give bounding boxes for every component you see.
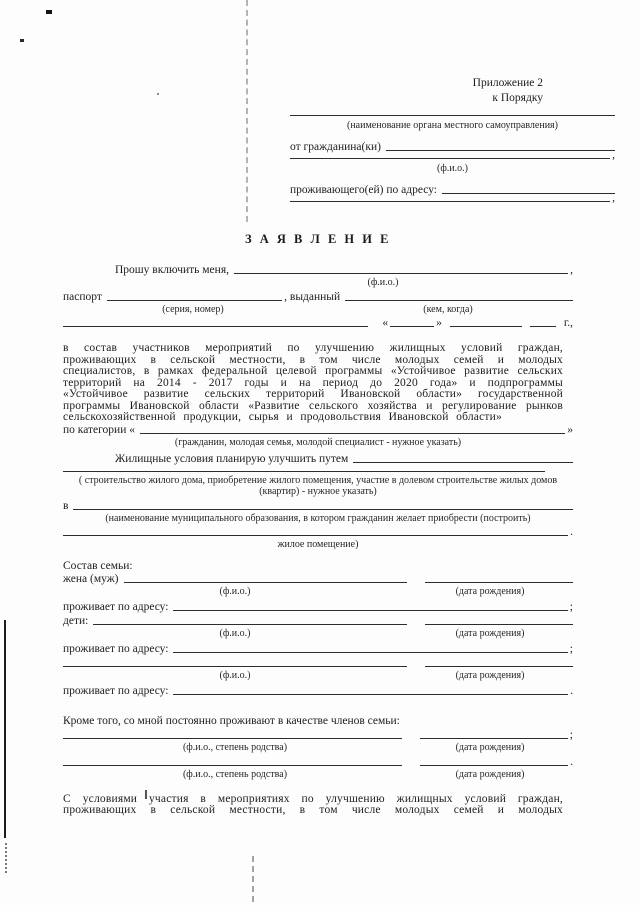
quote-open: « (380, 317, 390, 330)
comma: , (610, 149, 615, 162)
year-blank-line (530, 326, 556, 327)
quote-close: » (565, 424, 573, 437)
period: . (568, 685, 573, 698)
children-hints: (ф.и.о.) (дата рождения) (63, 628, 573, 640)
scan-artifact-left-dotted-line (5, 843, 7, 873)
child2-address-blank-line (173, 694, 568, 695)
quote-close: » (434, 317, 444, 330)
day-blank-line (390, 326, 434, 327)
child2-field (63, 656, 573, 670)
request-intro-field: Прошу включить меня, , (63, 263, 573, 277)
spouse-hints: (ф.и.о.) (дата рождения) (63, 586, 573, 598)
document-title: З А Я В Л Е Н И Е (63, 232, 573, 247)
member2-dob-hint: (дата рождения) (407, 769, 573, 781)
issue-date-field: « » г., (63, 316, 573, 330)
child2-address-field: проживает по адресу: . (63, 682, 573, 698)
applicant-fio-hint: (ф.и.о.) (63, 277, 573, 289)
children-label: дети: (63, 615, 93, 628)
residence-address-field: проживающего(ей) по адресу: (290, 175, 615, 197)
passport-issuer-blank-line (345, 300, 573, 301)
member1-field: ; (63, 728, 573, 742)
child-dob-blank-line (425, 624, 573, 625)
child2-dob-blank-line (425, 666, 573, 667)
org-name-field (290, 106, 615, 119)
spouse-dob-hint: (дата рождения) (407, 586, 573, 598)
child-dob-hint: (дата рождения) (407, 628, 573, 640)
org-name-blank-line (290, 115, 615, 116)
child2-address-label: проживает по адресу: (63, 685, 173, 698)
passport-hints: (серия, номер) (кем, когда) (63, 304, 573, 316)
year-suffix: г., (556, 317, 573, 330)
scan-artifact-speck (20, 39, 24, 42)
member2-dob-blank-line (420, 765, 568, 766)
citizen-name-blank-line2 (290, 158, 610, 159)
appendix-line2: к Порядку (63, 91, 543, 106)
children-field: дети: (63, 614, 573, 628)
request-intro-label: Прошу включить меня, (115, 264, 234, 277)
period: . (568, 526, 573, 539)
category-hint: (гражданин, молодая семья, молодой специ… (63, 437, 573, 449)
passport-label: паспорт (63, 291, 107, 304)
period: . (568, 756, 573, 769)
residence-address-blank-line (442, 193, 615, 194)
child2-name-blank-line (63, 666, 407, 667)
from-citizen-field: от гражданина(ки) (290, 132, 615, 154)
child2-dob-hint: (дата рождения) (407, 670, 573, 682)
child2-fio-hint: (ф.и.о.) (63, 670, 407, 682)
municipality-in-label: в (63, 500, 73, 513)
org-name-hint: (наименование органа местного самоуправл… (290, 120, 615, 132)
category-field: по категории « » (63, 424, 573, 437)
housing-method-field-continued (63, 466, 573, 475)
members-intro: Кроме того, со мной постоянно проживают … (63, 715, 573, 728)
passport-series-hint: (серия, номер) (63, 304, 323, 316)
scan-artifact-speck (46, 10, 52, 14)
issuer-continued-blank-line (63, 326, 368, 327)
member2-relation-hint: (ф.и.о., степень родства) (63, 769, 407, 781)
member1-hints: (ф.и.о., степень родства) (дата рождения… (63, 742, 573, 754)
scan-artifact-fold-line-bottom (252, 856, 254, 902)
member2-field: . (63, 755, 573, 769)
housing-method-blank-line2 (63, 471, 545, 472)
appendix-reference: Приложение 2 к Порядку (63, 0, 573, 106)
housing-method-label: Жилищные условия планирую улучшить путем (63, 453, 353, 466)
housing-method-hint: ( строительство жилого дома, приобретени… (63, 475, 573, 498)
addressee-block: (наименование органа местного самоуправл… (290, 106, 615, 205)
child-address-label: проживает по адресу: (63, 643, 173, 656)
municipality-field-continued: . (63, 525, 573, 539)
municipality-blank-line (73, 509, 573, 510)
housing-method-blank-line (353, 462, 573, 463)
housing-method-field: Жилищные условия планирую улучшить путем (63, 452, 573, 466)
residence-address-label: проживающего(ей) по адресу: (290, 184, 442, 197)
closing-paragraph: С условиями участия в мероприятиях по ул… (63, 794, 573, 817)
citizen-name-field-continued: , (290, 154, 615, 162)
child-address-field: проживает по адресу: ; (63, 640, 573, 656)
child-address-blank-line (173, 652, 567, 653)
fio-hint: (ф.и.о.) (290, 163, 615, 175)
passport-field: паспорт , выданный (63, 289, 573, 304)
spouse-name-blank-line (124, 582, 407, 583)
member2-name-blank-line (63, 765, 402, 766)
month-blank-line (450, 326, 522, 327)
municipality-blank-line2 (63, 535, 568, 536)
residence-address-blank-line2 (290, 201, 610, 202)
municipality-field: в (63, 498, 573, 513)
family-header: Состав семьи: (63, 560, 573, 573)
municipality-hint2: жилое помещение) (63, 539, 573, 551)
residence-address-field-continued: , (290, 197, 615, 205)
document-content: Приложение 2 к Порядку (наименование орг… (63, 0, 573, 817)
semicolon: ; (568, 601, 573, 614)
from-citizen-label: от гражданина(ки) (290, 141, 386, 154)
spouse-address-label: проживает по адресу: (63, 601, 173, 614)
spouse-fio-hint: (ф.и.о.) (63, 586, 407, 598)
spouse-address-field: проживает по адресу: ; (63, 598, 573, 614)
comma: , (568, 264, 573, 277)
semicolon: ; (568, 729, 573, 742)
citizen-name-blank-line (386, 150, 615, 151)
member1-name-blank-line (63, 738, 402, 739)
category-blank-line (140, 433, 565, 434)
member1-dob-hint: (дата рождения) (407, 742, 573, 754)
spouse-address-blank-line (173, 610, 567, 611)
spouse-field: жена (муж) (63, 573, 573, 586)
scanned-application-form: Приложение 2 к Порядку (наименование орг… (0, 0, 640, 905)
member2-hints: (ф.и.о., степень родства) (дата рождения… (63, 769, 573, 781)
child-name-blank-line (93, 624, 407, 625)
passport-number-blank-line (107, 300, 282, 301)
issued-by-label: , выданный (282, 291, 345, 304)
municipality-hint: (наименование муниципального образования… (63, 513, 573, 525)
appendix-line1: Приложение 2 (63, 76, 543, 91)
member1-dob-blank-line (420, 738, 568, 739)
spouse-dob-blank-line (425, 582, 573, 583)
semicolon: ; (568, 643, 573, 656)
comma: , (610, 192, 615, 205)
member1-relation-hint: (ф.и.о., степень родства) (63, 742, 407, 754)
child-fio-hint: (ф.и.о.) (63, 628, 407, 640)
category-label: по категории « (63, 424, 140, 437)
child2-hints: (ф.и.о.) (дата рождения) (63, 670, 573, 682)
program-paragraph: в состав участников мероприятий по улучш… (63, 343, 573, 424)
scan-artifact-left-edge-line (4, 620, 6, 838)
applicant-name-blank-line (234, 273, 568, 274)
spouse-label: жена (муж) (63, 573, 124, 586)
passport-issuer-hint: (кем, когда) (323, 304, 573, 316)
